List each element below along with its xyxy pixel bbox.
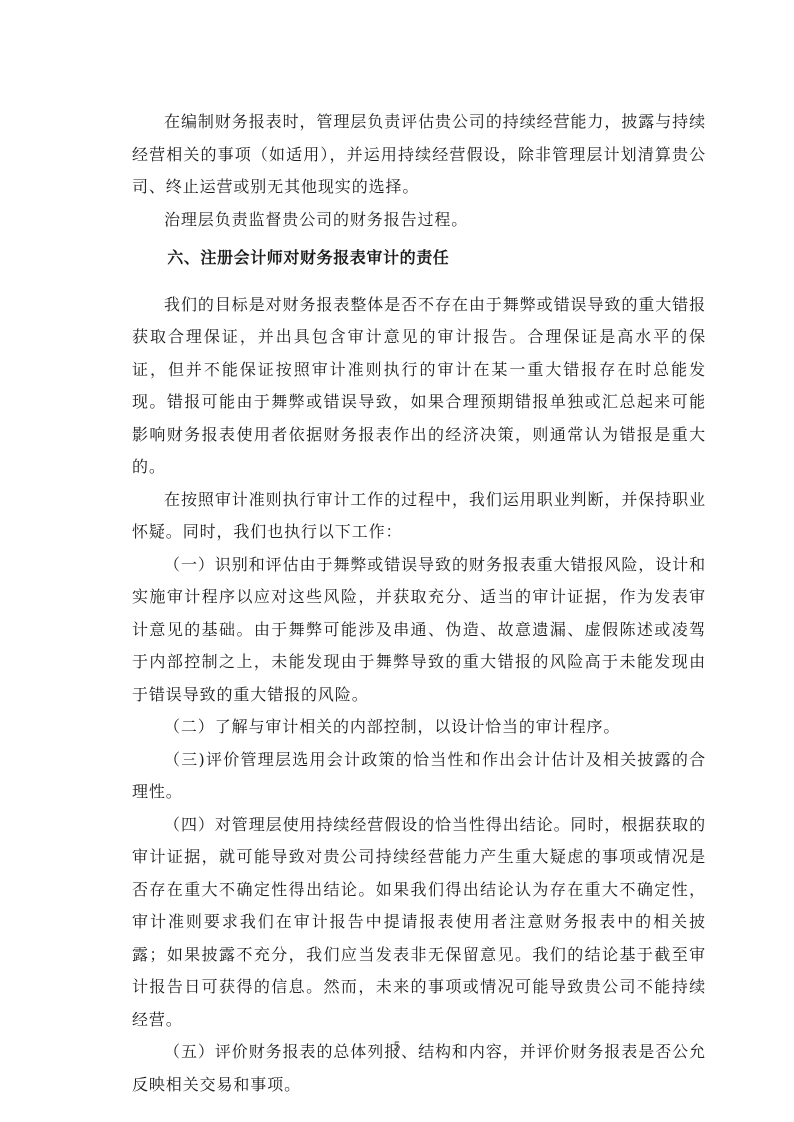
document-page: 在编制财务报表时，管理层负责评估贵公司的持续经营能力，披露与持续经营相关的事项（… [132,106,706,1101]
page-number: 5 [0,1038,794,1054]
section-heading: 六、注册会计师对财务报表审计的责任 [132,242,706,275]
work-item-3: （三)评价管理层选用会计政策的恰当性和作出会计估计及相关披露的合理性。 [132,744,706,809]
work-item-2: （二）了解与审计相关的内部控制，以设计恰当的审计程序。 [132,711,706,744]
paragraph-governance-responsibility: 治理层负责监督贵公司的财务报告过程。 [132,204,706,237]
work-item-1: （一）识别和评估由于舞弊或错误导致的财务报表重大错报风险，设计和实施审计程序以应… [132,549,706,712]
paragraph-professional-judgment: 在按照审计准则执行审计工作的过程中，我们运用职业判断，并保持职业怀疑。同时，我们… [132,484,706,549]
paragraph-audit-objective: 我们的目标是对财务报表整体是否不存在由于舞弊或错误导致的重大错报获取合理保证，并… [132,289,706,484]
work-item-4: （四）对管理层使用持续经营假设的恰当性得出结论。同时，根据获取的审计证据，就可能… [132,809,706,1037]
paragraph-going-concern-responsibility: 在编制财务报表时，管理层负责评估贵公司的持续经营能力，披露与持续经营相关的事项（… [132,106,706,204]
